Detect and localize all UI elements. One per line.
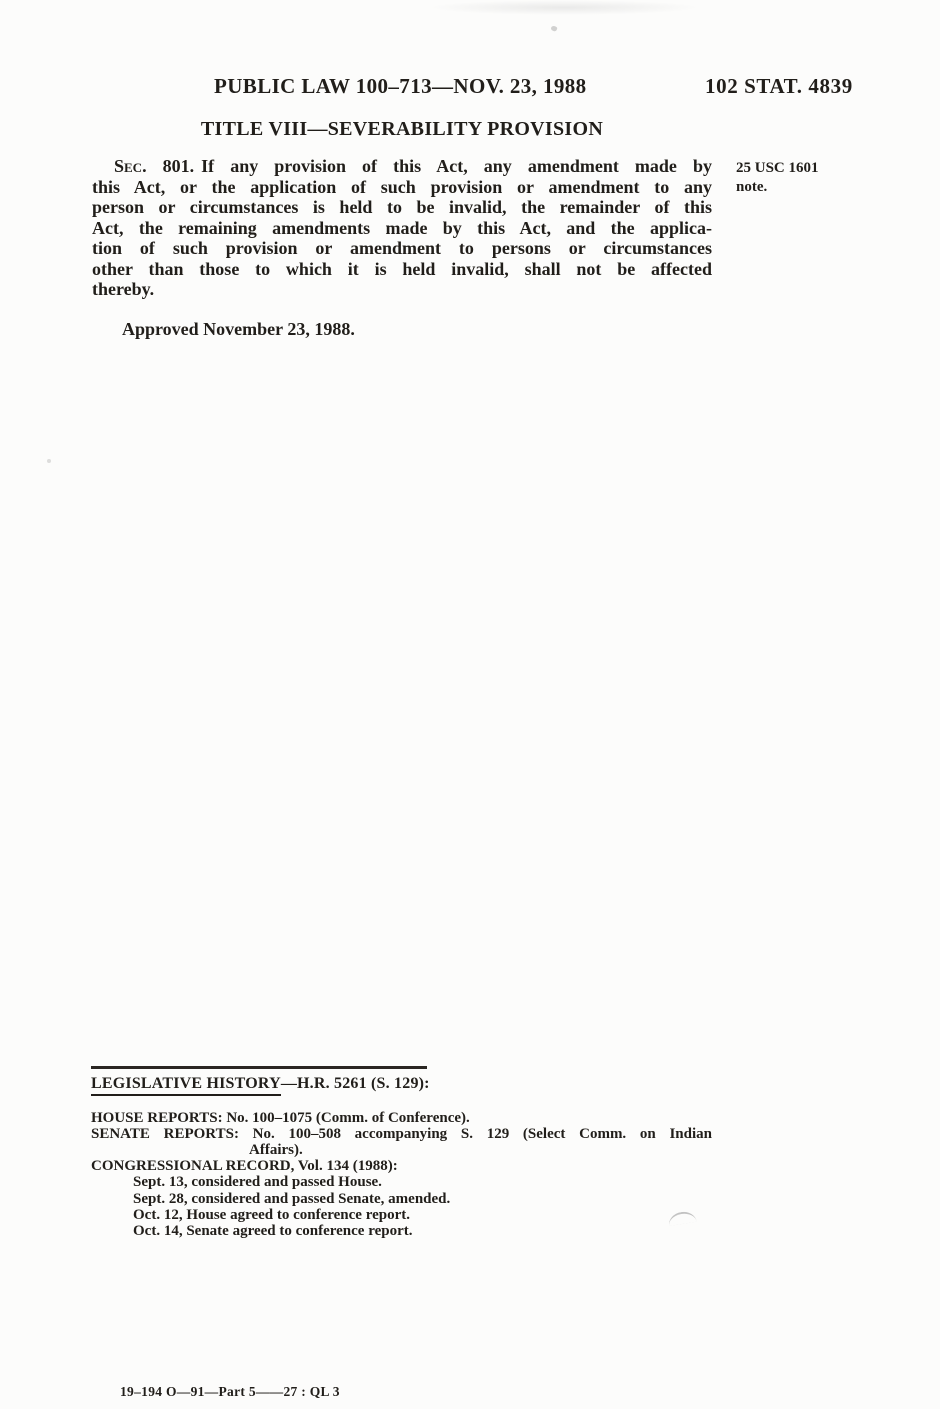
paragraph-line: tion of such provision or amendment to p… — [92, 238, 712, 259]
horizontal-rule — [91, 1066, 427, 1069]
congressional-record-line: CONGRESSIONAL RECORD, Vol. 134 (1988): — [91, 1158, 712, 1174]
margin-note-word: note. — [736, 178, 866, 197]
record-item: Sept. 13, considered and passed House. — [91, 1174, 712, 1190]
print-code-footer: 19–194 O—91—Part 5——27 : QL 3 — [120, 1384, 340, 1400]
record-item: Oct. 12, House agreed to conference repo… — [91, 1207, 712, 1223]
senate-reports-line: SENATE REPORTS: No. 100–508 accompanying… — [91, 1126, 712, 1142]
scan-speck — [47, 459, 51, 463]
paragraph-line: thereby. — [92, 279, 712, 300]
paragraph-text: If any provision of this Act, any amendm… — [201, 156, 712, 176]
paragraph-line: person or circumstances is held to be in… — [92, 197, 712, 218]
record-item: Sept. 28, considered and passed Senate, … — [91, 1191, 712, 1207]
section-801-paragraph: Sec. 801.If any provision of this Act, a… — [92, 156, 712, 300]
statute-page: PUBLIC LAW 100–713—NOV. 23, 1988 102 STA… — [0, 0, 940, 1409]
legislative-history-bill-ref: —H.R. 5261 (S. 129): — [281, 1075, 430, 1092]
running-head-law-title: PUBLIC LAW 100–713—NOV. 23, 1988 — [214, 74, 587, 99]
house-reports-line: HOUSE REPORTS: No. 100–1075 (Comm. of Co… — [91, 1110, 712, 1126]
paragraph-line: this Act, or the application of such pro… — [92, 177, 712, 198]
paragraph-line: Sec. 801.If any provision of this Act, a… — [92, 156, 712, 177]
legislative-history-label: LEGISLATIVE HISTORY — [91, 1075, 281, 1096]
legislative-history-heading: LEGISLATIVE HISTORY—H.R. 5261 (S. 129): — [91, 1075, 712, 1096]
running-head-stat-citation: 102 STAT. 4839 — [705, 74, 853, 99]
record-item: Oct. 14, Senate agreed to conference rep… — [91, 1223, 712, 1239]
section-number: Sec. 801. — [114, 156, 194, 176]
usc-margin-note: 25 USC 1601 note. — [736, 159, 866, 197]
title-heading: TITLE VIII—SEVERABILITY PROVISION — [92, 118, 712, 141]
paragraph-line: Act, the remaining amendments made by th… — [92, 218, 712, 239]
scan-speck — [550, 25, 558, 32]
paragraph-line: other than those to which it is held inv… — [92, 259, 712, 280]
approval-line: Approved November 23, 1988. — [122, 319, 355, 340]
scan-smudge — [428, 0, 700, 15]
legislative-history-block: LEGISLATIVE HISTORY—H.R. 5261 (S. 129): … — [91, 1066, 712, 1239]
margin-note-citation: 25 USC 1601 — [736, 159, 866, 178]
senate-reports-continuation: Affairs). — [91, 1142, 712, 1158]
